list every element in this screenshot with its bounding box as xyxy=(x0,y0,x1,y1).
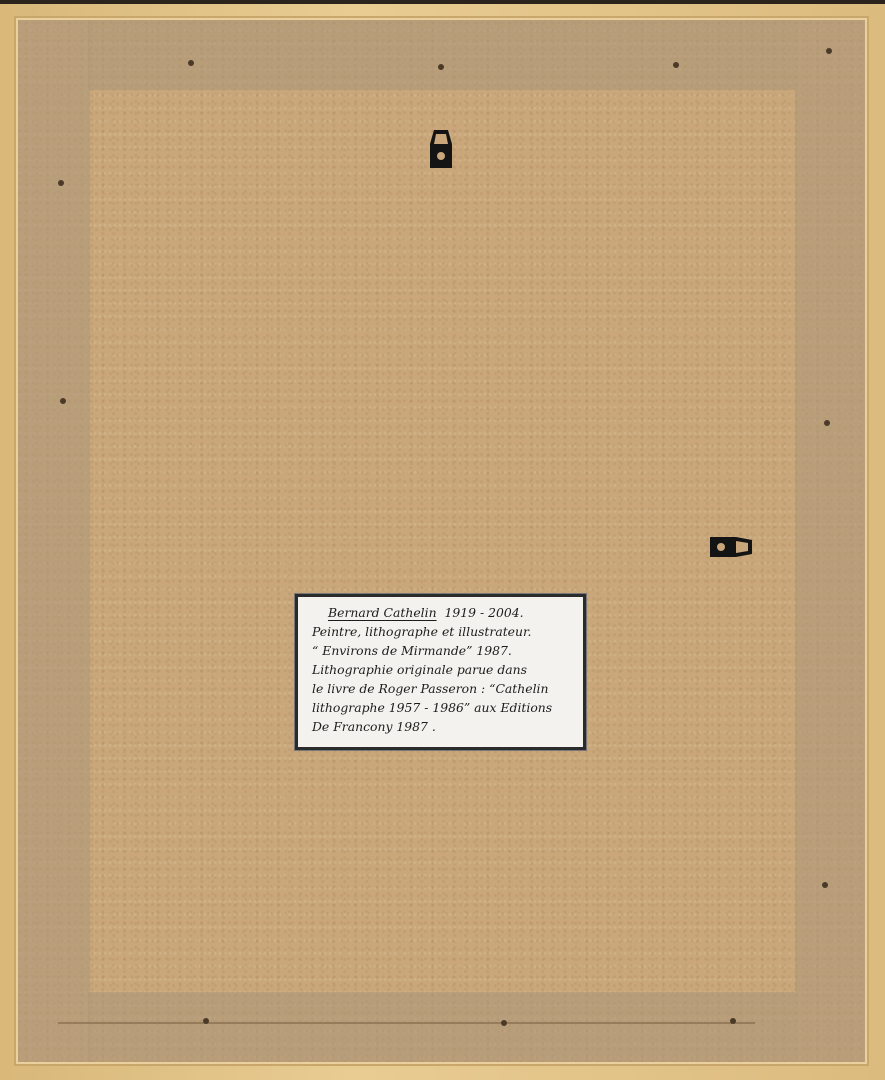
handwritten-label: Bernard Cathelin 1919 - 2004. Peintre, l… xyxy=(295,594,586,750)
label-line: lithographe 1957 - 1986” aux Editions xyxy=(312,698,573,717)
nail-icon xyxy=(203,1018,209,1024)
tape-strip-top xyxy=(88,20,795,90)
sawtooth-hanger-icon xyxy=(708,534,754,560)
tape-strip-bottom xyxy=(88,992,795,1062)
label-line: Lithographie originale parue dans xyxy=(312,660,573,679)
tape-edge-line xyxy=(58,1022,755,1024)
nail-icon xyxy=(822,882,828,888)
tape-strip-left xyxy=(18,20,90,1062)
frame-inner-rabbet xyxy=(14,16,869,1066)
tape-strip-right xyxy=(795,20,865,1062)
nail-icon xyxy=(438,64,444,70)
nail-icon xyxy=(826,48,832,54)
hardboard-backing xyxy=(18,20,865,1062)
label-title-line: Bernard Cathelin 1919 - 2004. xyxy=(312,603,573,622)
nail-icon xyxy=(824,420,830,426)
nail-icon xyxy=(673,62,679,68)
nail-icon xyxy=(60,398,66,404)
artist-dates: 1919 - 2004. xyxy=(444,605,523,620)
picture-frame xyxy=(0,4,885,1080)
nail-icon xyxy=(58,180,64,186)
label-line: Peintre, lithographe et illustrateur. xyxy=(312,622,573,641)
label-line: “ Environs de Mirmande” 1987. xyxy=(312,641,573,660)
artist-name: Bernard Cathelin xyxy=(312,605,437,620)
label-line: le livre de Roger Passeron : “Cathelin xyxy=(312,679,573,698)
sawtooth-hanger-icon xyxy=(428,128,454,172)
nail-icon xyxy=(501,1020,507,1026)
nail-icon xyxy=(188,60,194,66)
label-line: De Francony 1987 . xyxy=(312,717,573,736)
nail-icon xyxy=(730,1018,736,1024)
